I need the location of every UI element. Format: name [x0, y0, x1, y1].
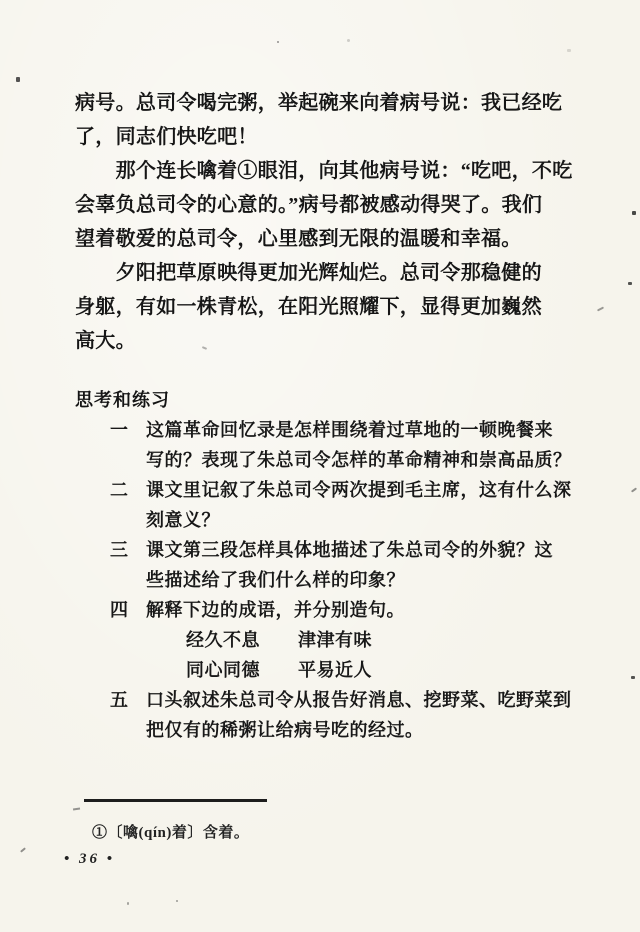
scan-speck: [628, 282, 632, 285]
exercise-line: 刻意义？: [146, 505, 572, 535]
scan-speck: [631, 487, 637, 492]
exercise-text: 口头叙述朱总司令从报告好消息、挖野菜、吃野菜到 把仅有的稀粥让给病号吃的经过。: [146, 685, 572, 745]
exercise-text: 课文第三段怎样具体地描述了朱总司令的外貌？这 些描述给了我们什么样的印象？: [146, 535, 572, 595]
exercises-list: 一 这篇革命回忆录是怎样围绕着过草地的一顿晚餐来 写的？表现了朱总司令怎样的革命…: [110, 415, 572, 745]
footnote-text: ①〔噙(qín)着〕含着。: [92, 821, 249, 842]
exercise-item-4: 四 解释下边的成语，并分别造句。 经久不息 津津有味 同心同德 平易近人: [110, 595, 572, 685]
lesson-line: 高大。: [75, 324, 571, 358]
idiom-row: 同心同德 平易近人: [186, 655, 572, 685]
scan-speck: [73, 808, 80, 810]
exercise-number: 三: [110, 535, 146, 565]
lesson-line: 夕阳把草原映得更加光辉灿烂。总司令那稳健的: [75, 256, 571, 290]
lesson-text: 病号。总司令喝完粥，举起碗来向着病号说：我已经吃 了，同志们快吃吧！ 那个连长噙…: [75, 86, 571, 358]
lesson-line: 病号。总司令喝完粥，举起碗来向着病号说：我已经吃: [75, 86, 571, 120]
exercise-text: 这篇革命回忆录是怎样围绕着过草地的一顿晚餐来 写的？表现了朱总司令怎样的革命精神…: [146, 415, 572, 475]
scan-speck: [632, 211, 636, 215]
exercise-item-2: 二 课文里记叙了朱总司令两次提到毛主席，这有什么深 刻意义？: [110, 475, 572, 535]
page-number: • 36 •: [64, 851, 115, 868]
idiom: 经久不息: [186, 625, 260, 655]
idiom: 津津有味: [298, 625, 372, 655]
exercise-number: 一: [110, 415, 146, 445]
exercise-text: 解释下边的成语，并分别造句。 经久不息 津津有味 同心同德 平易近人: [146, 595, 572, 685]
exercises-heading: 思考和练习: [75, 386, 170, 412]
footnote-divider: [84, 799, 267, 802]
scan-speck: [20, 847, 26, 852]
scan-speck: [127, 902, 129, 905]
exercise-number: 四: [110, 595, 146, 625]
scan-speck: [16, 77, 20, 82]
idiom: 平易近人: [298, 655, 372, 685]
exercise-number: 五: [110, 685, 146, 715]
lesson-line: 那个连长噙着①眼泪，向其他病号说：“吃吧，不吃: [75, 154, 571, 188]
exercise-number: 二: [110, 475, 146, 505]
exercise-line: 些描述给了我们什么样的印象？: [146, 565, 572, 595]
exercise-line: 这篇革命回忆录是怎样围绕着过草地的一顿晚餐来: [146, 415, 572, 445]
exercise-line: 解释下边的成语，并分别造句。: [146, 595, 572, 625]
exercise-text: 课文里记叙了朱总司令两次提到毛主席，这有什么深 刻意义？: [146, 475, 572, 535]
exercise-line: 课文里记叙了朱总司令两次提到毛主席，这有什么深: [146, 475, 572, 505]
scan-speck: [347, 39, 350, 42]
scan-speck: [567, 49, 571, 52]
exercise-item-1: 一 这篇革命回忆录是怎样围绕着过草地的一顿晚餐来 写的？表现了朱总司令怎样的革命…: [110, 415, 572, 475]
exercise-line: 课文第三段怎样具体地描述了朱总司令的外貌？这: [146, 535, 572, 565]
exercise-item-3: 三 课文第三段怎样具体地描述了朱总司令的外貌？这 些描述给了我们什么样的印象？: [110, 535, 572, 595]
exercise-line: 口头叙述朱总司令从报告好消息、挖野菜、吃野菜到: [146, 685, 572, 715]
lesson-line: 身躯，有如一株青松，在阳光照耀下，显得更加巍然: [75, 290, 571, 324]
scan-speck: [277, 41, 279, 43]
scan-speck: [631, 676, 635, 679]
idiom-row: 经久不息 津津有味: [186, 625, 572, 655]
scan-speck: [176, 900, 178, 902]
exercise-line: 把仅有的稀粥让给病号吃的经过。: [146, 715, 572, 745]
lesson-line: 会辜负总司令的心意的。”病号都被感动得哭了。我们: [75, 188, 571, 222]
scanned-textbook-page: 病号。总司令喝完粥，举起碗来向着病号说：我已经吃 了，同志们快吃吧！ 那个连长噙…: [0, 0, 640, 932]
scan-speck: [597, 306, 604, 311]
idiom: 同心同德: [186, 655, 260, 685]
exercise-item-5: 五 口头叙述朱总司令从报告好消息、挖野菜、吃野菜到 把仅有的稀粥让给病号吃的经过…: [110, 685, 572, 745]
lesson-line: 望着敬爱的总司令，心里感到无限的温暖和幸福。: [75, 222, 571, 256]
exercise-line: 写的？表现了朱总司令怎样的革命精神和崇高品质？: [146, 445, 572, 475]
lesson-line: 了，同志们快吃吧！: [75, 120, 571, 154]
